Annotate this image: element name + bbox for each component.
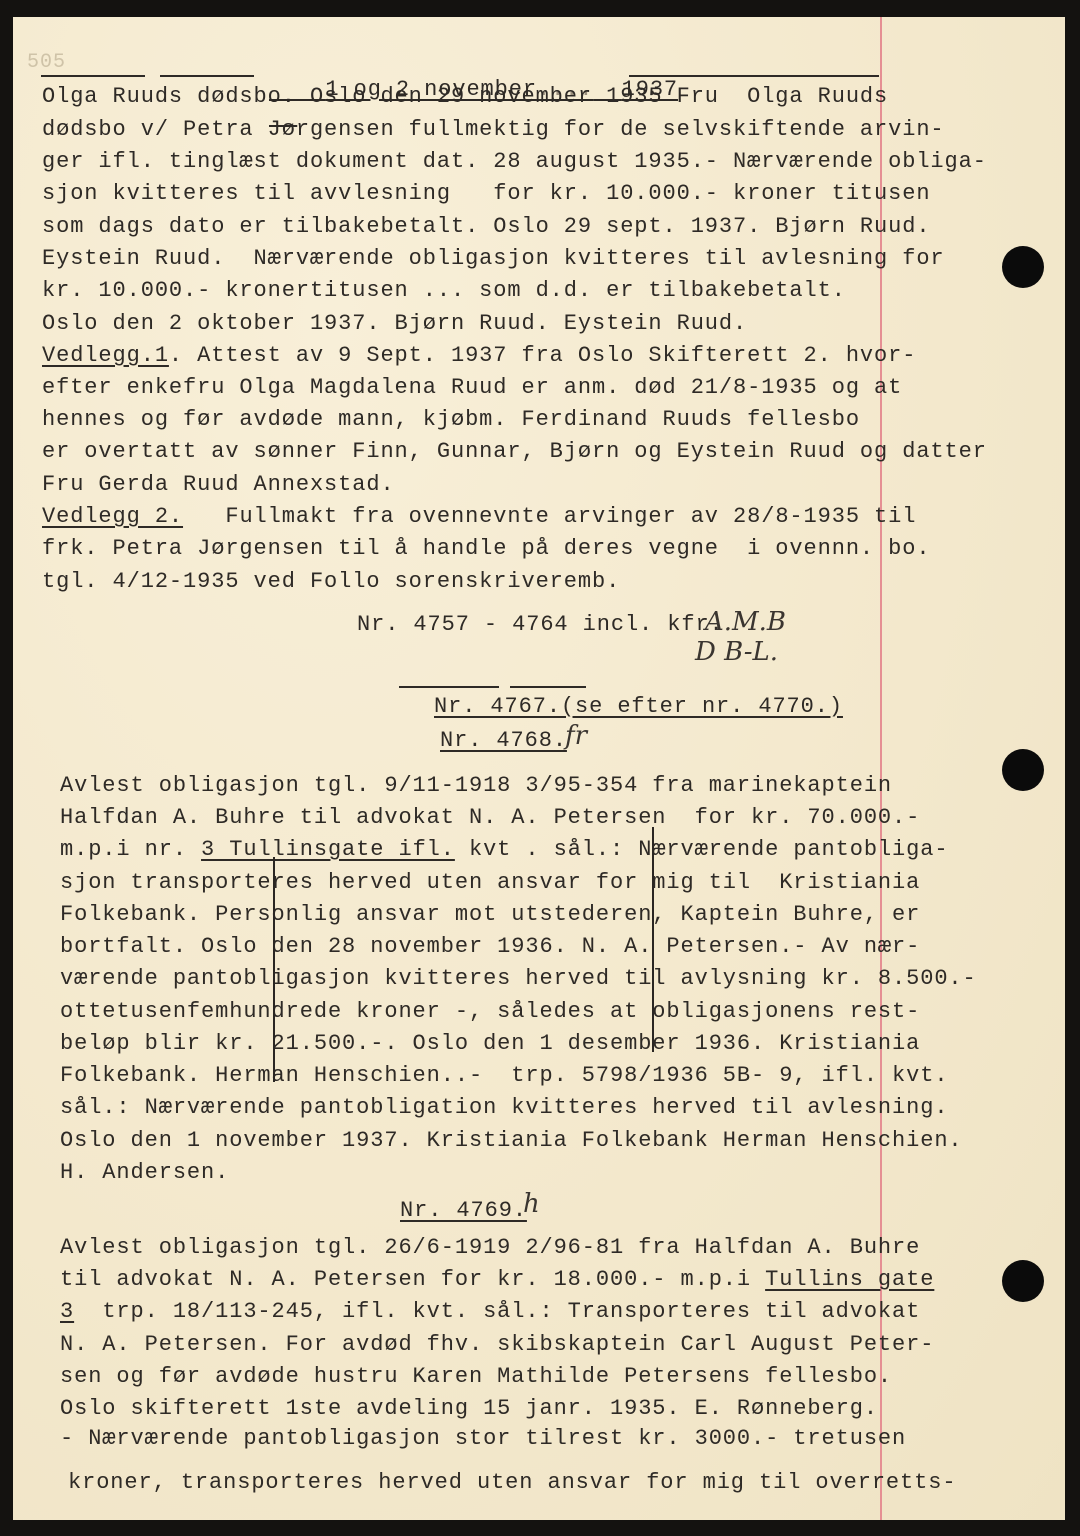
vedlegg-1-text: . Attest av 9 Sept. 1937 fra Oslo Skifte…: [169, 343, 916, 368]
cancellation-mark: [273, 857, 275, 1082]
vedlegg-2-line: Vedlegg 2. Fullmakt fra ovennevnte arvin…: [42, 504, 916, 530]
binder-hole-icon: [1002, 1260, 1044, 1302]
text-line: Halfdan A. Buhre til advokat N. A. Peter…: [60, 805, 920, 831]
text-line: bortfalt. Oslo den 28 november 1936. N. …: [60, 934, 920, 960]
text-line: efter enkefru Olga Magdalena Ruud er anm…: [42, 375, 902, 401]
text-line: sen og før avdøde hustru Karen Mathilde …: [60, 1364, 892, 1390]
section-rule: [399, 686, 499, 688]
entry-heading-4768: Nr. 4768.: [440, 728, 567, 754]
vedlegg-2-text: Fullmakt fra ovennevnte arvinger av 28/8…: [183, 504, 916, 529]
handwritten-initials: D B-L.: [695, 637, 778, 667]
text-line: Olga Ruuds dødsbo. Oslo den 29 november …: [42, 84, 888, 110]
binder-hole-icon: [1002, 749, 1044, 791]
handwritten-initials: fr: [565, 721, 587, 751]
ghost-page-number: 505: [27, 51, 66, 74]
section-rule: [510, 686, 586, 688]
document-page: 505 1 og 2 november.... 1937 Olga Ruuds …: [13, 17, 1065, 1520]
text-line: 3 trp. 18/113-245, ifl. kvt. sål.: Trans…: [60, 1299, 920, 1325]
text-part: til advokat N. A. Petersen for kr. 18.00…: [60, 1267, 765, 1292]
text-line: er overtatt av sønner Finn, Gunnar, Bjør…: [42, 439, 987, 465]
text-line: som dags dato er tilbakebetalt. Oslo 29 …: [42, 214, 930, 240]
text-line: frk. Petra Jørgensen til å handle på der…: [42, 536, 930, 562]
text-line: beløp blir kr. 21.500.-. Oslo den 1 dese…: [60, 1031, 920, 1057]
text-line: sjon kvitteres til avvlesning for kr. 10…: [42, 181, 930, 207]
text-line: m.p.i nr. 3 Tullinsgate ifl. kvt . sål.:…: [60, 837, 948, 863]
text-line: ger ifl. tinglæst dokument dat. 28 augus…: [42, 149, 987, 175]
text-line: Folkebank. Personlig ansvar mot utsteder…: [60, 902, 920, 928]
text-line: kroner, transporteres herved uten ansvar…: [68, 1470, 956, 1496]
text-line: Oslo skifterett 1ste avdeling 15 janr. 1…: [60, 1396, 878, 1422]
text-line: sjon transporteres herved uten ansvar fo…: [60, 870, 920, 896]
text-line: - Nærværende pantobligasjon stor tilrest…: [60, 1426, 906, 1452]
underlined-address: Tullins gate: [765, 1267, 934, 1292]
text-line: H. Andersen.: [60, 1160, 229, 1186]
text-line: Eystein Ruud. Nærværende obligasjon kvit…: [42, 246, 945, 272]
text-line: sål.: Nærværende pantobligation kvittere…: [60, 1095, 948, 1121]
underlined-number: 3: [60, 1299, 74, 1324]
vedlegg-2-label: Vedlegg 2.: [42, 504, 183, 529]
vedlegg-1-line: Vedlegg.1. Attest av 9 Sept. 1937 fra Os…: [42, 343, 916, 369]
entry-heading-4767: Nr. 4767.(se efter nr. 4770.): [434, 694, 843, 720]
text-line: Folkebank. Herman Henschien..- trp. 5798…: [60, 1063, 948, 1089]
text-line: Avlest obligasjon tgl. 26/6-1919 2/96-81…: [60, 1235, 920, 1261]
reference-line: Nr. 4757 - 4764 incl. kfr.: [357, 612, 724, 638]
underlined-address: 3 Tullinsgate ifl.: [201, 837, 455, 862]
vedlegg-1-label: Vedlegg.1: [42, 343, 169, 368]
text-line: kr. 10.000.- kronertitusen ... som d.d. …: [42, 278, 846, 304]
header-rule-3: [629, 75, 879, 77]
text-line: Fru Gerda Ruud Annexstad.: [42, 472, 395, 498]
text-line: tgl. 4/12-1935 ved Follo sorenskriveremb…: [42, 569, 620, 595]
text-line: N. A. Petersen. For avdød fhv. skibskapt…: [60, 1332, 934, 1358]
header-rule-2: [160, 75, 254, 77]
text-line: til advokat N. A. Petersen for kr. 18.00…: [60, 1267, 934, 1293]
text-line: Oslo den 1 november 1937. Kristiania Fol…: [60, 1128, 963, 1154]
red-margin-line: [880, 17, 882, 1520]
text-line: hennes og før avdøde mann, kjøbm. Ferdin…: [42, 407, 860, 433]
text-part: m.p.i nr.: [60, 837, 201, 862]
cancellation-mark: [652, 827, 654, 1052]
text-part: kvt . sål.: Nærværende pantobliga-: [455, 837, 949, 862]
text-line: værende pantobligasjon kvitteres herved …: [60, 966, 977, 992]
text-part: trp. 18/113-245, ifl. kvt. sål.: Transpo…: [74, 1299, 920, 1324]
text-line: ottetusenfemhundrede kroner -, således a…: [60, 999, 920, 1025]
text-line: dødsbo v/ Petra Jørgensen fullmektig for…: [42, 117, 945, 143]
entry-heading-4769: Nr. 4769.: [400, 1198, 527, 1224]
handwritten-initials: A.M.B: [705, 607, 786, 637]
handwritten-initials: h: [523, 1189, 540, 1219]
text-line: Avlest obligasjon tgl. 9/11-1918 3/95-35…: [60, 773, 892, 799]
binder-hole-icon: [1002, 246, 1044, 288]
text-line: Oslo den 2 oktober 1937. Bjørn Ruud. Eys…: [42, 311, 747, 337]
header-rule-1: [41, 75, 145, 77]
